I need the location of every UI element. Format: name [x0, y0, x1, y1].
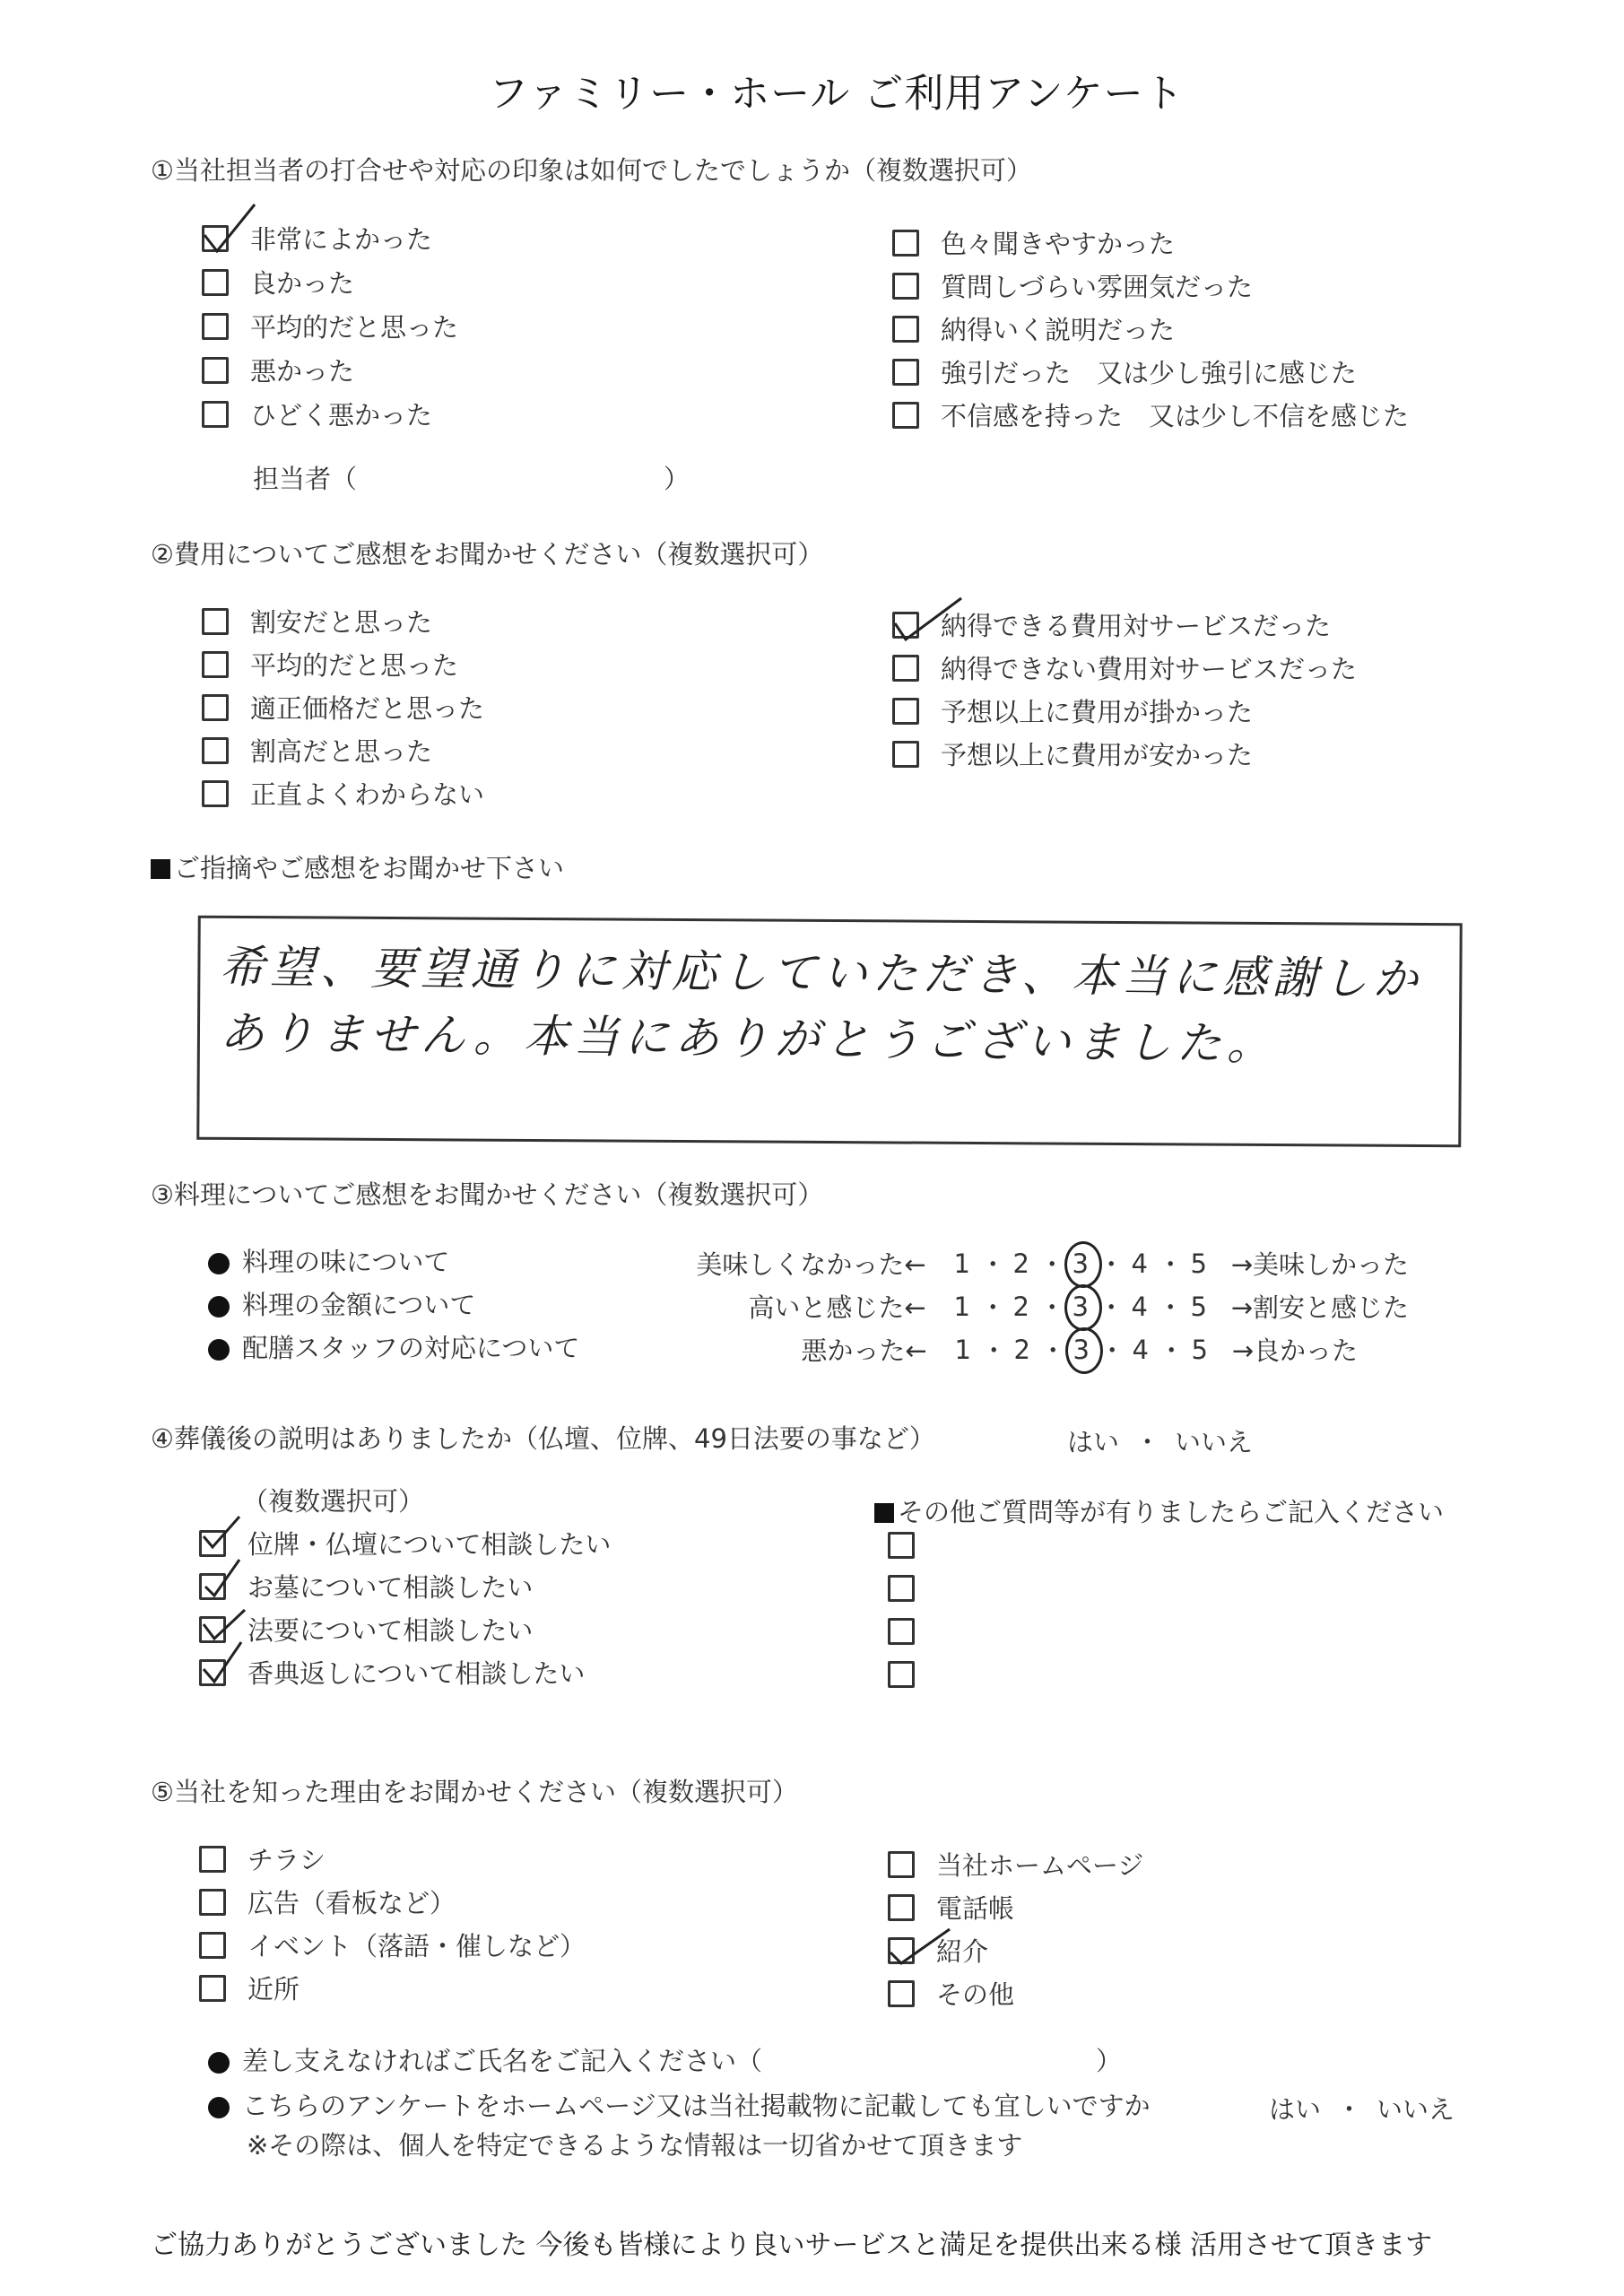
checkbox[interactable] — [888, 1618, 915, 1645]
scale-high-label: →割安と感じた — [1231, 1288, 1409, 1325]
q4-yes-option[interactable]: はい — [1067, 1422, 1119, 1459]
handwritten-comment-line-2: ありません。本当にありがとうございました。 — [220, 997, 1278, 1073]
q5-option-neighborhood[interactable]: 近所 — [199, 1970, 300, 2006]
checkbox[interactable] — [892, 316, 919, 343]
option-label: 悪かった — [250, 352, 354, 388]
q1-option-easy-to-ask[interactable]: 色々聞きやすかった — [892, 224, 1175, 261]
scale-option-3-selected[interactable]: 3 — [1064, 1335, 1099, 1365]
bullet-icon — [208, 1339, 230, 1361]
scale-low-label: 高いと感じた← — [748, 1288, 925, 1325]
scale-option-3-selected[interactable]: 3 — [1063, 1248, 1099, 1279]
q2-option-unsure[interactable]: 正直よくわからない — [202, 775, 484, 812]
checkbox[interactable] — [202, 608, 229, 635]
option-label: 当社ホームページ — [936, 1846, 1143, 1883]
checkbox[interactable] — [199, 1889, 226, 1916]
option-label: 納得いく説明だった — [941, 310, 1175, 347]
q5-option-ads[interactable]: 広告（看板など） — [199, 1883, 456, 1920]
checkbox[interactable] — [199, 1932, 226, 1959]
q3-item-price: 料理の金額について — [208, 1285, 475, 1322]
scale-option-2[interactable]: 2 — [1004, 1335, 1040, 1365]
scale-separator: ・ — [1158, 1288, 1181, 1325]
scale-separator: ・ — [1039, 1245, 1063, 1282]
q1-heading: ①当社担当者の打合せや対応の印象は如何でしたでしょうか（複数選択可） — [151, 151, 1032, 187]
option-label: チラシ — [248, 1840, 326, 1877]
scale-low-label: 悪かった← — [801, 1331, 926, 1368]
other-question-box-3[interactable] — [888, 1618, 936, 1645]
checkbox[interactable] — [892, 698, 919, 725]
scale-separator: ・ — [1040, 1331, 1064, 1368]
checkbox-checked[interactable] — [892, 612, 919, 639]
checkbox-checked[interactable] — [199, 1659, 226, 1686]
handwritten-check-icon — [887, 1911, 959, 1974]
publish-prompt-text: こちらのアンケートをホームページ又は当社掲載物に記載しても宜しいですか — [242, 2091, 1151, 2121]
scale-low-label: 美味しくなかった← — [696, 1245, 925, 1282]
checkbox[interactable] — [888, 1532, 915, 1559]
option-label: ひどく悪かった — [250, 396, 432, 432]
checkbox[interactable] — [199, 1846, 226, 1873]
option-label: 香典返しについて相談したい — [248, 1654, 585, 1691]
staff-close-paren: ） — [664, 459, 690, 496]
q2-option-average[interactable]: 平均的だと思った — [202, 646, 458, 683]
q5-option-flyer[interactable]: チラシ — [199, 1840, 326, 1877]
item-label: 料理の金額について — [242, 1290, 475, 1320]
scale-option-1[interactable]: 1 — [944, 1248, 980, 1279]
option-label: 広告（看板など） — [248, 1883, 456, 1920]
option-label: お墓について相談したい — [248, 1568, 533, 1605]
checkbox[interactable] — [888, 1980, 915, 2007]
option-label: 強引だった 又は少し強引に感じた — [941, 353, 1357, 390]
checkbox[interactable] — [202, 694, 229, 721]
footer-thanks: ご協力ありがとうございました 今後も皆様により良いサービスと満足を提供出来る様 … — [151, 2222, 1432, 2262]
other-question-box-4[interactable] — [888, 1661, 936, 1688]
option-label: 位牌・仏壇について相談したい — [248, 1525, 611, 1561]
checkbox[interactable] — [892, 655, 919, 682]
form-title: ファミリー・ホール ご利用アンケート — [489, 61, 1185, 118]
other-questions-heading: その他ご質問等が有りましたらご記入ください — [874, 1492, 1444, 1529]
square-bullet-icon — [151, 859, 170, 879]
q1-option-bad[interactable]: 悪かった — [202, 352, 354, 388]
checkbox-checked[interactable] — [888, 1937, 915, 1964]
option-label: 良かった — [250, 264, 354, 300]
option-label: 割安だと思った — [250, 603, 432, 639]
option-label: 予想以上に費用が掛かった — [941, 692, 1253, 729]
q2-option-expensive[interactable]: 割高だと思った — [202, 732, 432, 769]
handwritten-comment-line-1: 希望、要望通りに対応していただき、本当に感謝しか — [220, 931, 1424, 1008]
checkbox[interactable] — [892, 359, 919, 386]
scale-option-4[interactable]: 4 — [1123, 1335, 1159, 1365]
option-label: 法要について相談したい — [248, 1611, 533, 1648]
scale-separator: ・ — [1159, 1331, 1182, 1368]
scale-option-5[interactable]: 5 — [1182, 1335, 1218, 1365]
option-label: 平均的だと思った — [250, 646, 458, 683]
checkbox[interactable] — [892, 230, 919, 257]
checkbox[interactable] — [888, 1661, 915, 1688]
scale-separator: ・ — [981, 1331, 1004, 1368]
scale-option-1[interactable]: 1 — [944, 1291, 980, 1322]
checkbox[interactable] — [888, 1851, 915, 1878]
option-label: 予想以上に費用が安かった — [941, 735, 1253, 772]
option-label: 平均的だと思った — [250, 308, 458, 344]
staff-field[interactable] — [386, 459, 655, 491]
q3-item-taste: 料理の味について — [208, 1242, 449, 1279]
q4-option-return-gift[interactable]: 香典返しについて相談したい — [199, 1654, 585, 1691]
q1-option-distrust[interactable]: 不信感を持った 又は少し不信を感じた — [892, 396, 1409, 433]
q2-option-cheap[interactable]: 割安だと思った — [202, 603, 432, 639]
scale-option-4[interactable]: 4 — [1122, 1248, 1158, 1279]
option-label: イベント（落語・催しなど） — [248, 1926, 586, 1963]
publish-no-option[interactable]: いいえ — [1376, 2090, 1455, 2126]
checkbox[interactable] — [199, 1975, 226, 2002]
checkbox[interactable] — [202, 401, 229, 428]
scale-option-2[interactable]: 2 — [1003, 1291, 1039, 1322]
q4-no-option[interactable]: いいえ — [1175, 1422, 1253, 1459]
scale-high-label: →良かった — [1232, 1331, 1358, 1368]
option-label: 正直よくわからない — [250, 775, 484, 812]
name-close-paren: ） — [1096, 2041, 1122, 2078]
name-prompt-text: 差し支えなければご氏名をご記入ください（ — [242, 2046, 762, 2076]
bullet-icon — [208, 1296, 230, 1318]
q5-option-event[interactable]: イベント（落語・催しなど） — [199, 1926, 586, 1963]
option-label: 非常によかった — [250, 220, 432, 257]
checkbox[interactable] — [892, 402, 919, 429]
q2-option-unsatisfied-value[interactable]: 納得できない費用対サービスだった — [892, 649, 1357, 686]
checkbox[interactable] — [202, 313, 229, 340]
handwritten-check-icon — [891, 586, 963, 648]
q4-heading: ④葬儀後の説明はありましたか（仏壇、位牌、49日法要の事など） — [151, 1419, 935, 1456]
q2-heading: ②費用についてご感想をお聞かせください（複数選択可） — [151, 535, 823, 571]
q4-option-ihai-butsudan[interactable]: 位牌・仏壇について相談したい — [199, 1525, 611, 1561]
q3-price-scale: 高いと感じた← 1・ 2・ 3・ 4・ 5 →割安と感じた — [748, 1288, 1409, 1325]
q3-item-staff: 配膳スタッフの対応について — [208, 1328, 579, 1365]
q4-separator: ・ — [1134, 1422, 1160, 1459]
scale-option-5[interactable]: 5 — [1181, 1248, 1217, 1279]
q1-option-pushy[interactable]: 強引だった 又は少し強引に感じた — [892, 353, 1357, 390]
scale-separator: ・ — [980, 1288, 1003, 1325]
checkbox[interactable] — [202, 651, 229, 678]
publish-prompt: こちらのアンケートをホームページ又は当社掲載物に記載しても宜しいですか — [208, 2086, 1151, 2123]
privacy-note: ※その際は、個人を特定できるような情報は一切省かせて頂きます — [247, 2126, 1022, 2162]
checkbox[interactable] — [888, 1575, 915, 1602]
scale-option-3-selected[interactable]: 3 — [1063, 1291, 1099, 1322]
checkbox[interactable] — [202, 357, 229, 384]
handwritten-check-icon — [198, 1633, 252, 1687]
q1-option-hard-to-ask[interactable]: 質問しづらい雰囲気だった — [892, 267, 1253, 304]
option-label: 適正価格だと思った — [250, 689, 484, 726]
q1-option-good[interactable]: 良かった — [202, 264, 354, 300]
other-questions-heading-text: その他ご質問等が有りましたらご記入ください — [898, 1497, 1444, 1527]
bullet-icon — [208, 1253, 230, 1274]
item-label: 料理の味について — [242, 1247, 449, 1277]
publish-separator: ・ — [1336, 2090, 1362, 2126]
checkbox[interactable] — [202, 737, 229, 764]
q2-option-cost-lower[interactable]: 予想以上に費用が安かった — [892, 735, 1253, 772]
option-label: その他 — [936, 1975, 1014, 2012]
scale-option-4[interactable]: 4 — [1122, 1291, 1158, 1322]
scale-separator: ・ — [1158, 1245, 1181, 1282]
option-label: 質問しづらい雰囲気だった — [941, 267, 1253, 304]
name-field[interactable] — [807, 2041, 1076, 2074]
option-label: 不信感を持った 又は少し不信を感じた — [941, 396, 1409, 433]
q4-multi-note: （複数選択可） — [242, 1482, 424, 1518]
name-prompt: 差し支えなければご氏名をご記入ください（ — [208, 2041, 762, 2078]
q1-option-very-good[interactable]: 非常によかった — [202, 220, 432, 257]
scale-separator: ・ — [980, 1245, 1003, 1282]
q5-heading: ⑤当社を知った理由をお聞かせください（複数選択可） — [151, 1772, 798, 1809]
square-bullet-icon — [874, 1503, 894, 1523]
q2-option-satisfied-value[interactable]: 納得できる費用対サービスだった — [892, 606, 1331, 643]
bullet-icon — [208, 2052, 230, 2074]
comments-heading-text: ご指摘やご感想をお聞かせ下さい — [174, 853, 564, 883]
option-label: 割高だと思った — [250, 732, 432, 769]
option-label: 納得できる費用対サービスだった — [941, 606, 1331, 643]
staff-label: 担当者（ — [253, 459, 357, 496]
other-question-box-1[interactable] — [888, 1532, 936, 1559]
option-label: 近所 — [248, 1970, 300, 2006]
handwritten-check-icon — [201, 199, 264, 262]
q5-option-homepage[interactable]: 当社ホームページ — [888, 1846, 1143, 1883]
q1-option-convincing[interactable]: 納得いく説明だった — [892, 310, 1175, 347]
scale-separator: ・ — [1039, 1288, 1063, 1325]
q5-option-other[interactable]: その他 — [888, 1975, 1014, 2012]
checkbox[interactable] — [202, 780, 229, 807]
scale-option-1[interactable]: 1 — [945, 1335, 981, 1365]
bullet-icon — [208, 2097, 230, 2118]
checkbox[interactable] — [202, 269, 229, 296]
q2-option-fair-price[interactable]: 適正価格だと思った — [202, 689, 484, 726]
checkbox-checked[interactable] — [202, 225, 229, 252]
option-label: 納得できない費用対サービスだった — [941, 649, 1357, 686]
scale-option-5[interactable]: 5 — [1181, 1291, 1217, 1322]
scale-option-2[interactable]: 2 — [1003, 1248, 1039, 1279]
q3-taste-scale: 美味しくなかった← 1・ 2・ 3・ 4・ 5 →美味しかった — [696, 1245, 1409, 1282]
publish-yes-option[interactable]: はい — [1269, 2090, 1321, 2126]
checkbox[interactable] — [892, 741, 919, 768]
other-question-box-2[interactable] — [888, 1575, 936, 1602]
q2-option-cost-higher[interactable]: 予想以上に費用が掛かった — [892, 692, 1253, 729]
q3-heading: ③料理についてご感想をお聞かせください（複数選択可） — [151, 1175, 823, 1212]
item-label: 配膳スタッフの対応について — [242, 1333, 579, 1363]
q1-option-very-bad[interactable]: ひどく悪かった — [202, 396, 432, 432]
q5-option-referral[interactable]: 紹介 — [888, 1932, 988, 1969]
q1-option-average[interactable]: 平均的だと思った — [202, 308, 458, 344]
checkbox[interactable] — [892, 273, 919, 300]
q3-staff-scale: 悪かった← 1・ 2・ 3・ 4・ 5 →良かった — [801, 1331, 1358, 1368]
option-label: 色々聞きやすかった — [941, 224, 1175, 261]
comments-heading: ご指摘やご感想をお聞かせ下さい — [151, 848, 564, 885]
scale-high-label: →美味しかった — [1231, 1245, 1409, 1282]
